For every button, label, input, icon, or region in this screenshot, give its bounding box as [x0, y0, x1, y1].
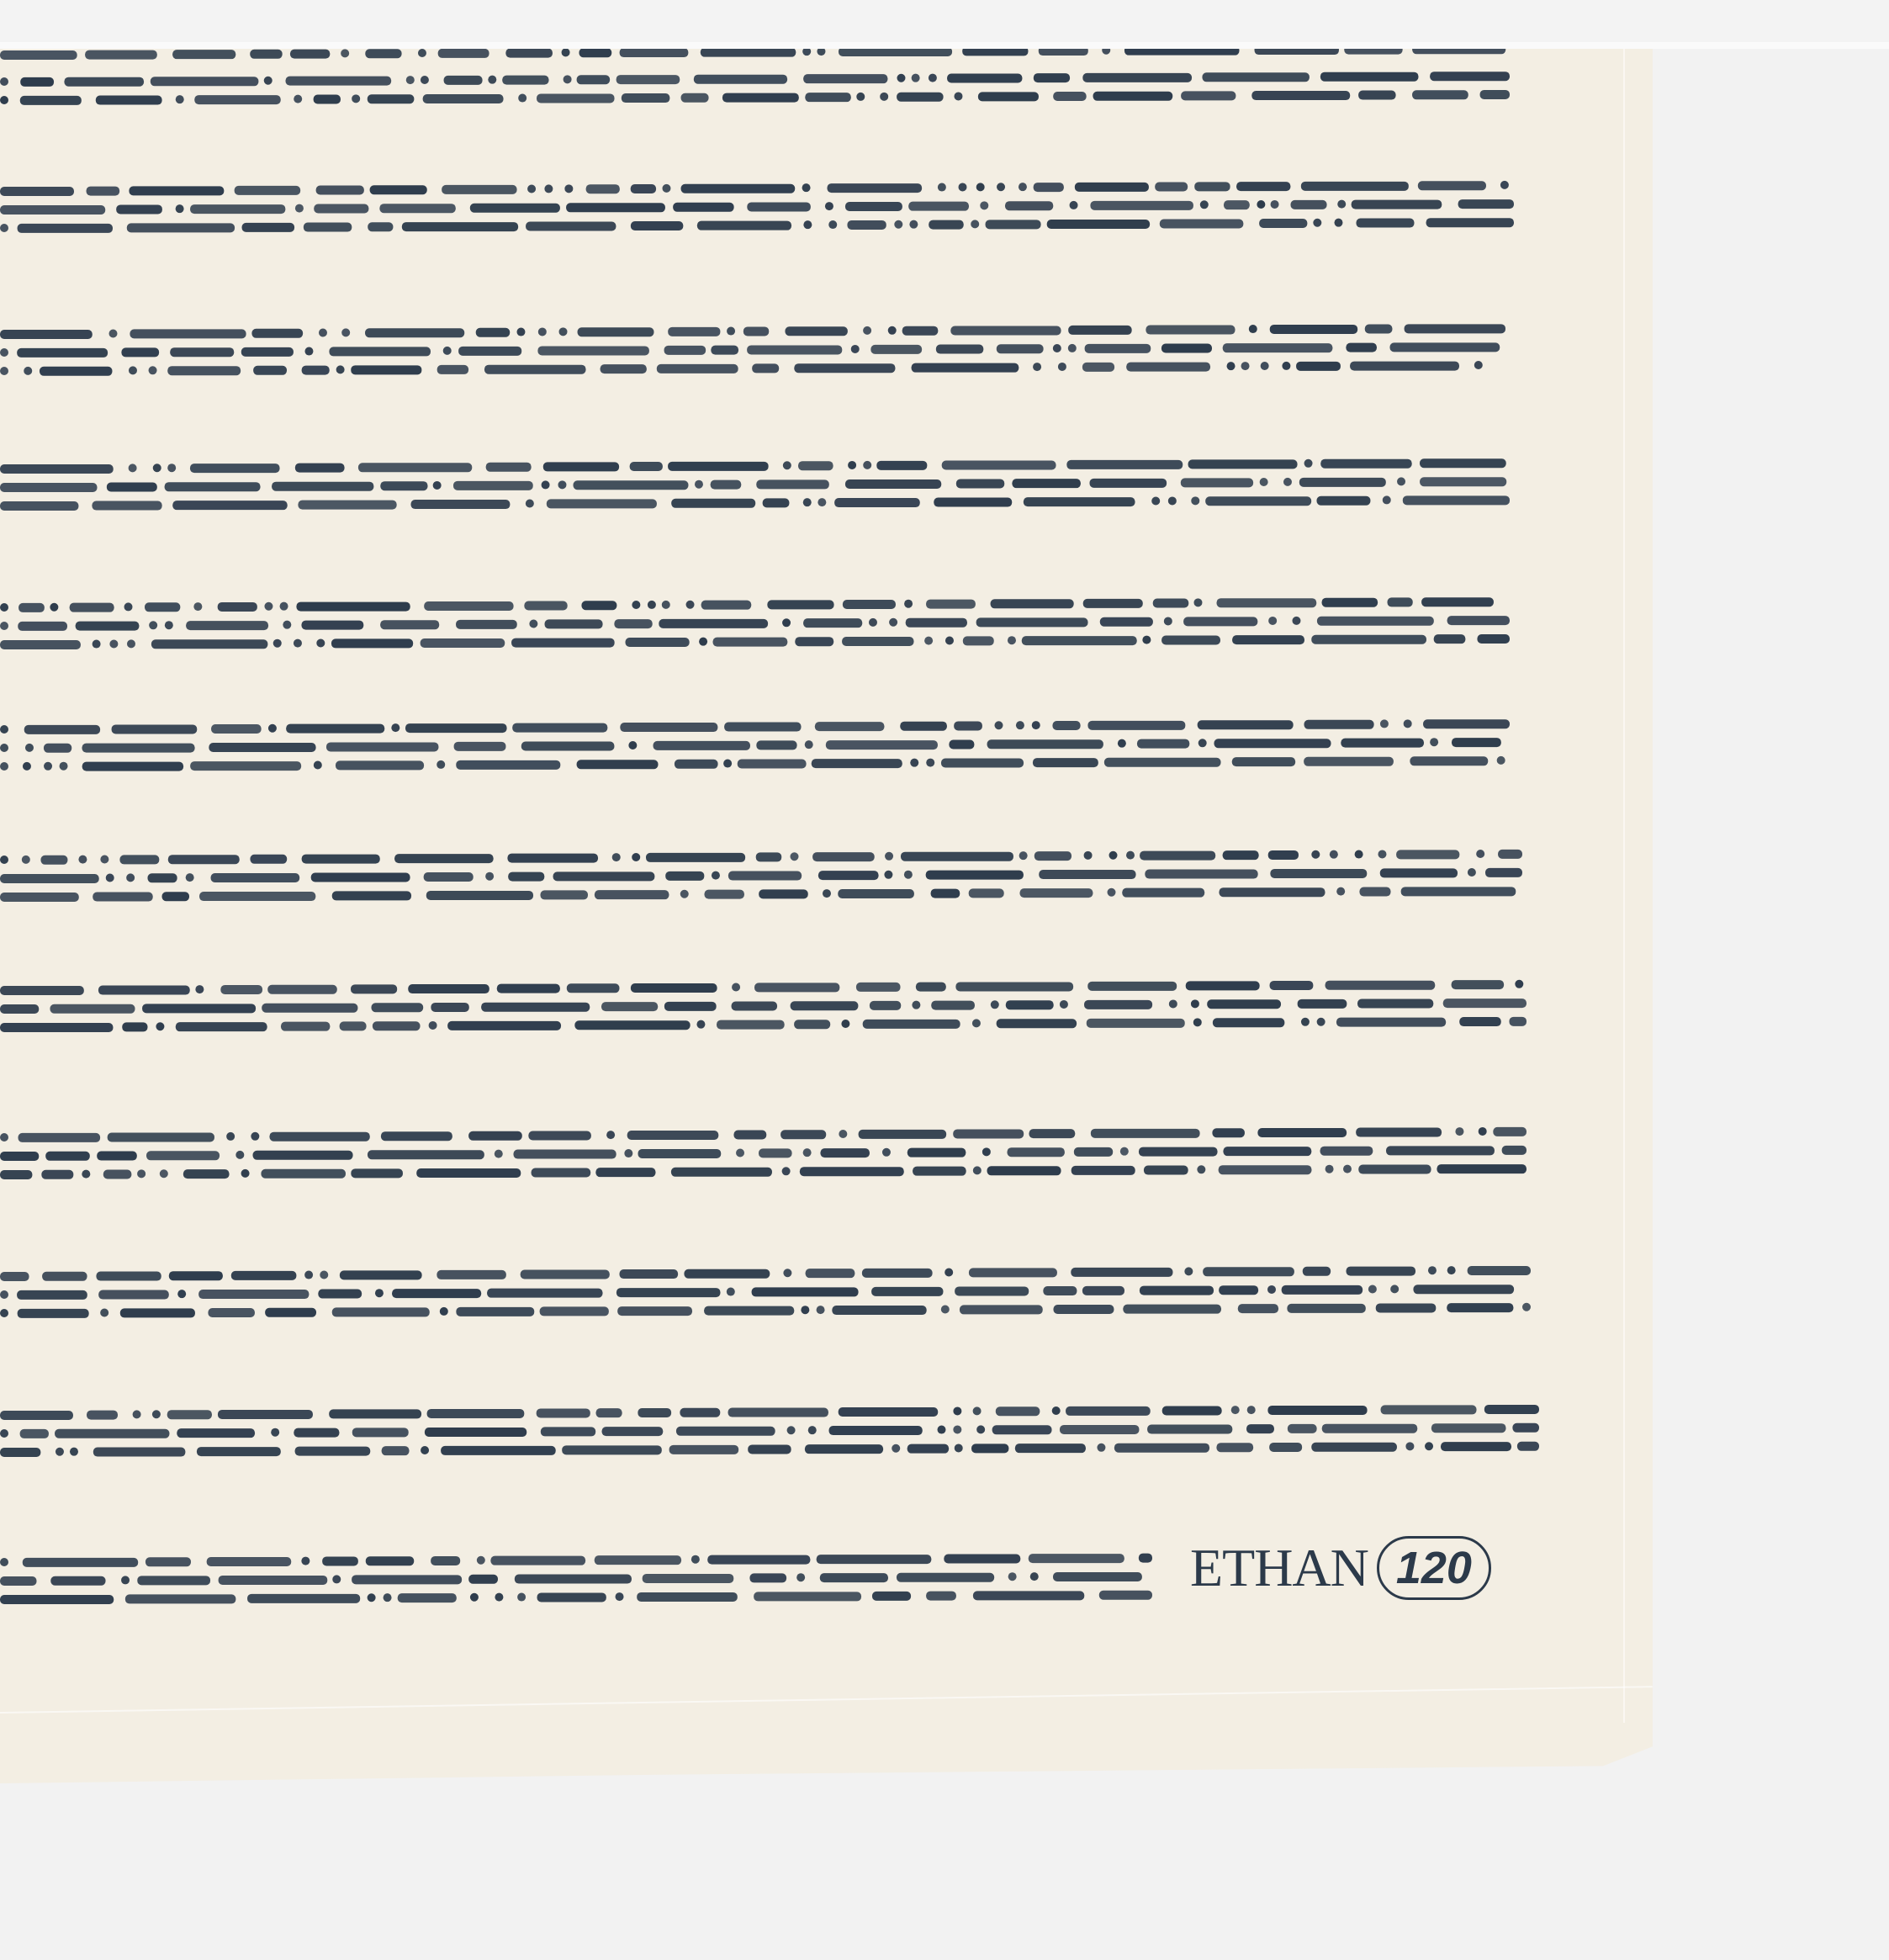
stripe-row [0, 976, 1527, 1026]
stripe-row [0, 845, 1522, 896]
tea-towel-fabric [0, 49, 1653, 1783]
stripe-row [0, 454, 1510, 505]
stripe-row [0, 1262, 1531, 1312]
stripe-row [0, 320, 1505, 370]
stripe-row [0, 49, 1510, 99]
stripe-row [0, 177, 1514, 227]
stripe-row [0, 1548, 1152, 1598]
brand-mark: ETHAN 120 [1190, 1536, 1491, 1600]
stripe-row [0, 593, 1510, 644]
stripe-row [0, 1401, 1539, 1451]
divider [0, 42, 1889, 49]
stripe-row [0, 715, 1510, 765]
hem-stitch-vertical [1623, 49, 1625, 1723]
brand-name: ETHAN [1190, 1541, 1368, 1595]
brand-number-badge: 120 [1377, 1536, 1491, 1600]
stripe-row [0, 1123, 1527, 1173]
page-background-top [0, 0, 1889, 42]
